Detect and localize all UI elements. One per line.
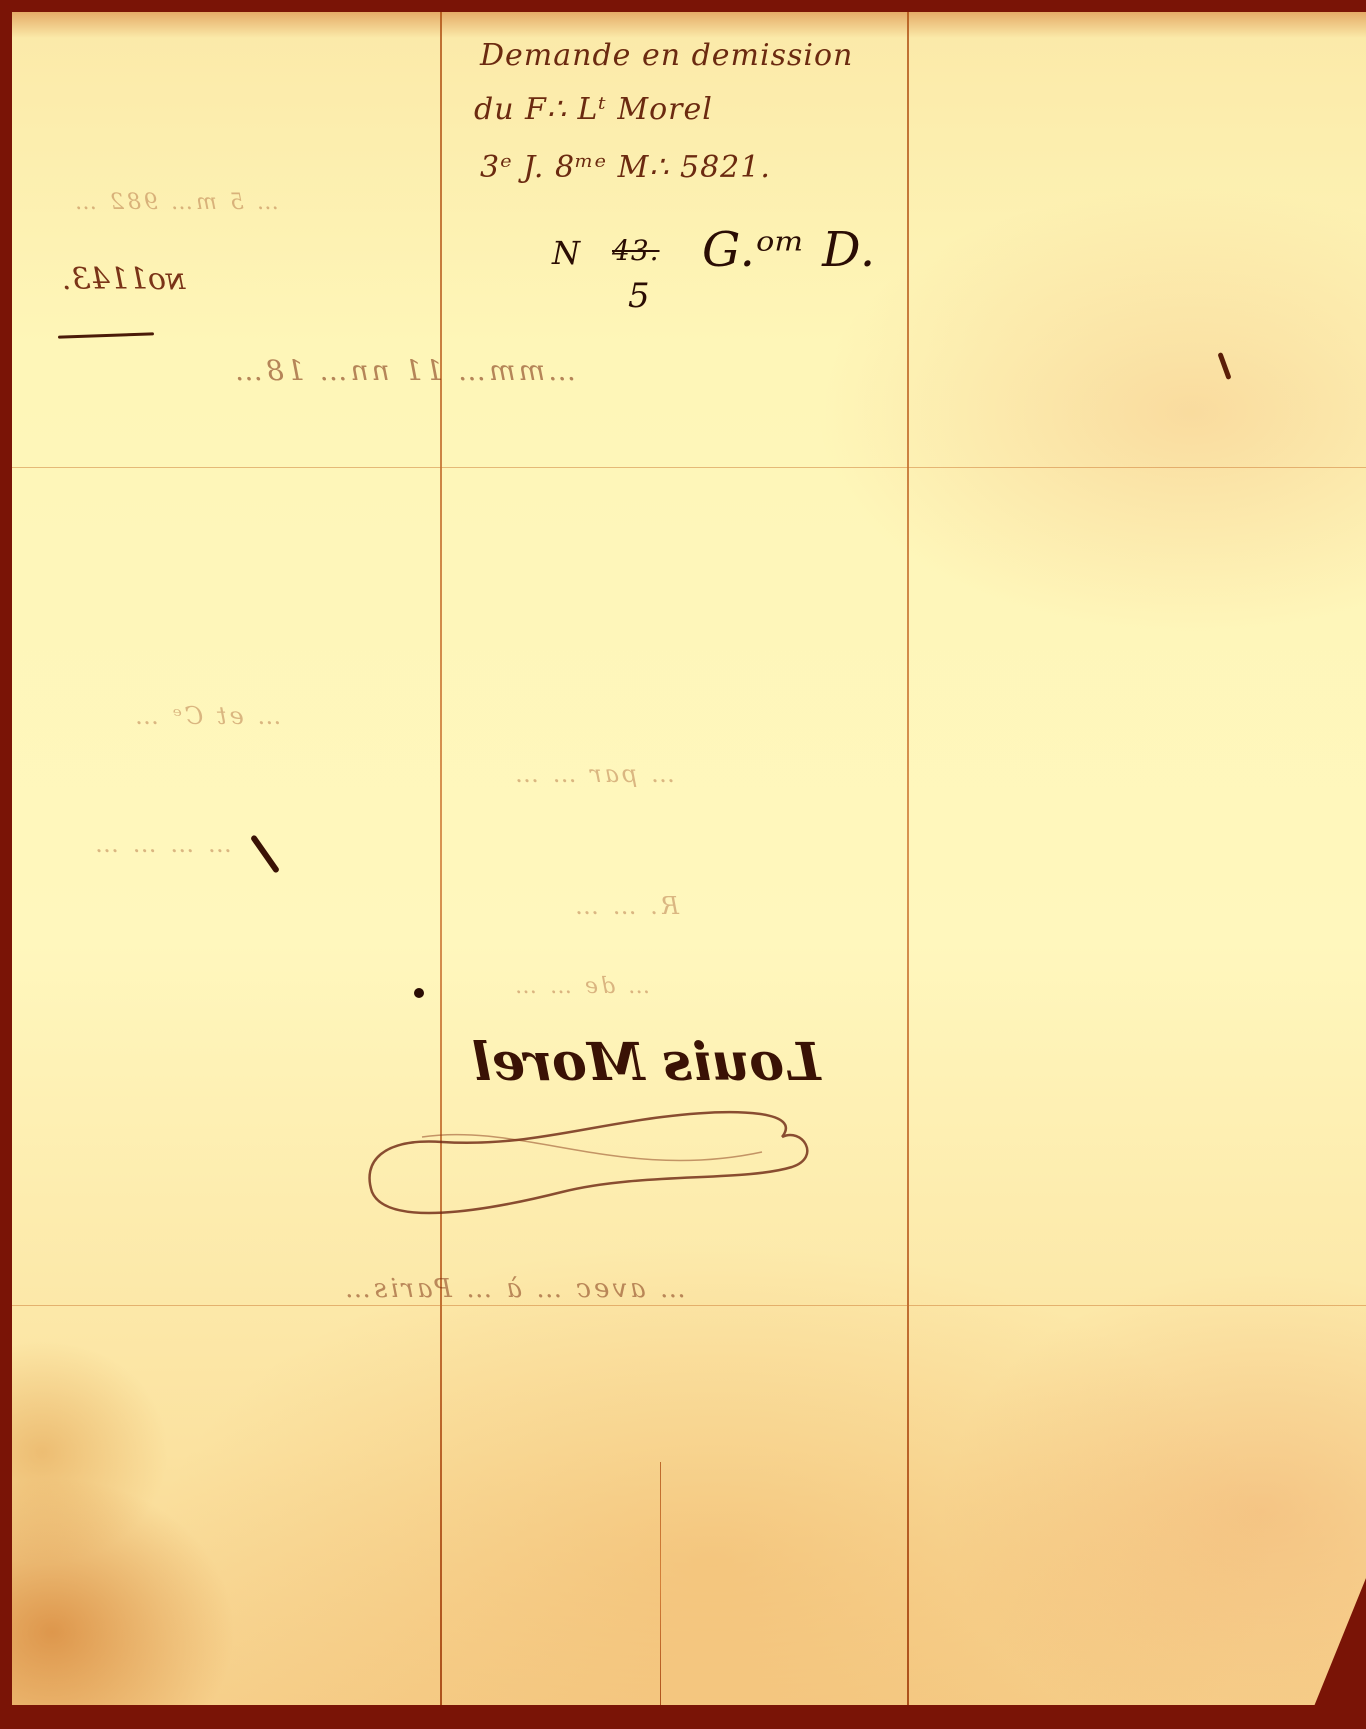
registry-mark: G.ᵒᵐ D. (702, 222, 876, 278)
bleed-line: … 5 m… 982 … (72, 190, 279, 215)
annotation-line-1: Demande en demission (480, 38, 853, 73)
bleed-line: …mm… 11 nn… 18… (232, 354, 576, 387)
fold-line-upper (12, 467, 1366, 468)
number-prefix: N (552, 234, 581, 272)
signature: Louis Morel (472, 1032, 821, 1093)
number-new: 5 (628, 276, 651, 316)
fold-line-lower-middle (660, 1462, 661, 1705)
fold-line-lower (12, 1305, 1366, 1306)
annotation-line-2: du F∴ Lᵗ Morel (474, 92, 713, 127)
number-struck: 43. (612, 234, 660, 267)
ink-stroke (1217, 352, 1231, 380)
margin-number: ɴo1143. (62, 262, 185, 297)
edge-stain (12, 12, 1366, 38)
annotation-date: 3ᵉ J. 8ᵐᵉ M∴ 5821. (480, 150, 771, 185)
bleed-line: R. … … (572, 892, 679, 920)
ink-stroke (250, 834, 280, 873)
bleed-line: … avec … à … Paris… (342, 1274, 686, 1304)
bleed-line: … par … … (512, 760, 675, 788)
fold-line-left (440, 12, 442, 1705)
bleed-line: … de … … (512, 974, 650, 999)
signature-flourish (362, 1092, 812, 1232)
bleed-line: … et Cᵉ … (132, 702, 281, 730)
fold-line-right (907, 12, 909, 1705)
bleed-line: … … … … (92, 830, 232, 858)
ink-dot (414, 988, 424, 998)
margin-underline-stroke (58, 332, 154, 338)
document-paper: Demande en demission du F∴ Lᵗ Morel 3ᵉ J… (12, 12, 1366, 1705)
